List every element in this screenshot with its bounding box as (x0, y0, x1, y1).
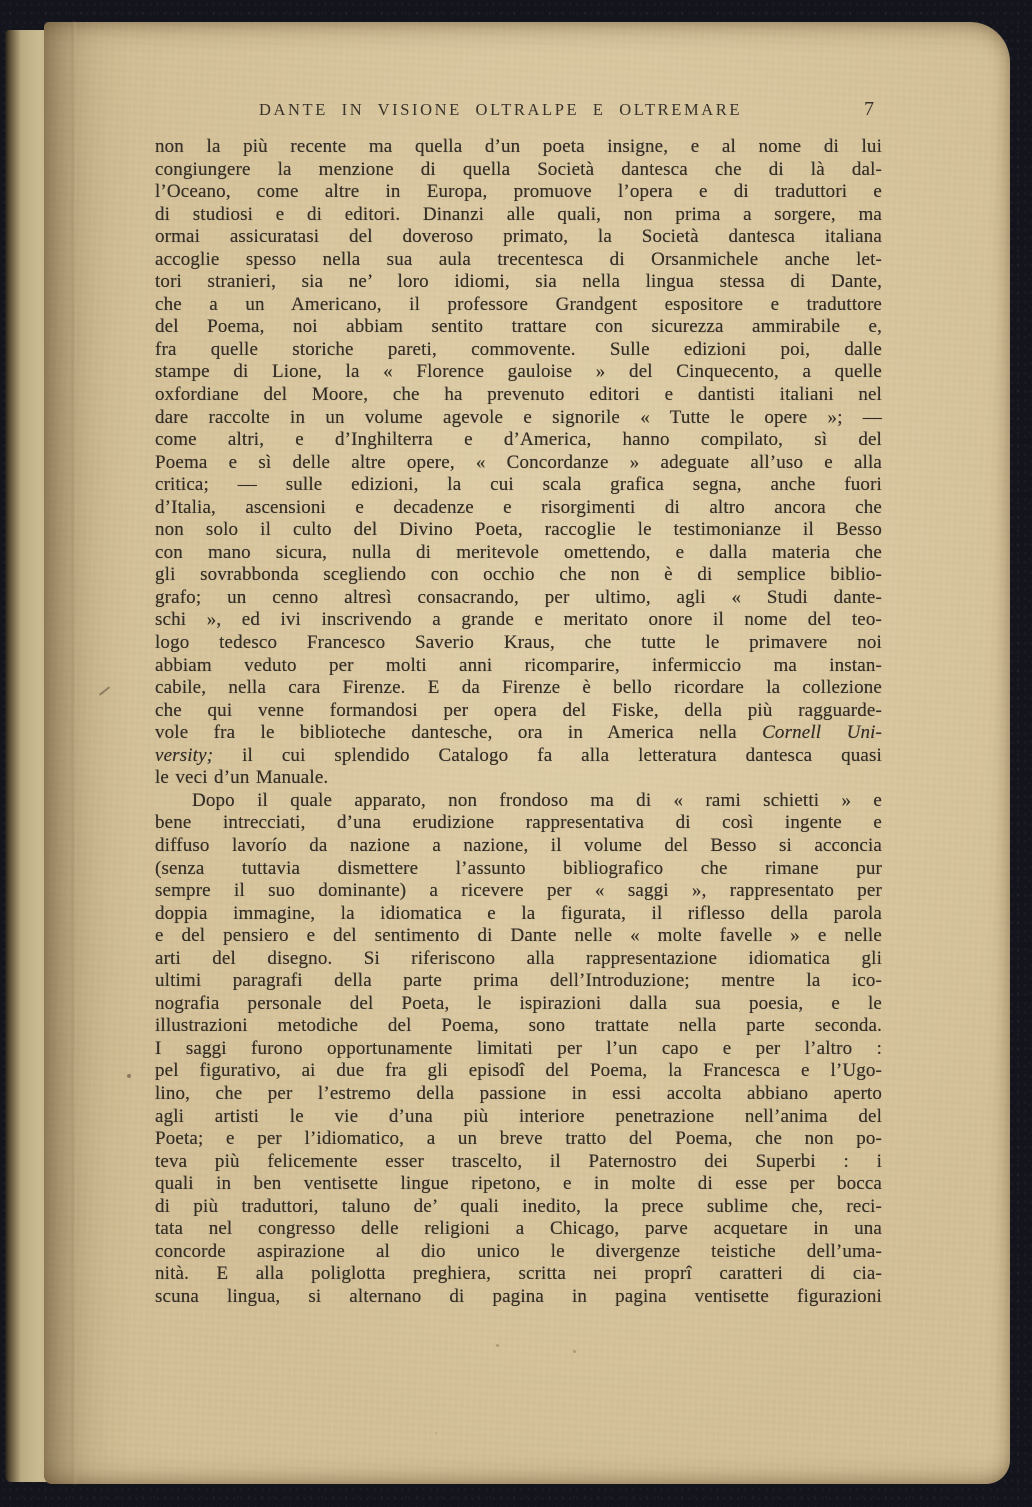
text-line: lino, che per l’estremo della passione i… (155, 1083, 882, 1106)
text-line: Poema e sì delle altre opere, « Concorda… (155, 452, 882, 475)
text-line: che qui venne formandosi per opera del F… (155, 700, 882, 723)
paper-fleck (435, 1432, 437, 1434)
text-line: le veci d’un Manuale. (155, 767, 882, 790)
text-line: di studiosi e di editori. Dinanzi alle q… (155, 204, 882, 227)
text-line: come altri, e d’Inghilterra e d’America,… (155, 429, 882, 452)
text-line: teva più felicemente esser trascelto, il… (155, 1151, 882, 1174)
text-line: oxfordiane del Moore, che ha prevenuto e… (155, 384, 882, 407)
gutter-crease (72, 22, 76, 1484)
text-line: concorde aspirazione al dio unico le div… (155, 1241, 882, 1264)
text-line: stampe di Lione, la « Florence gauloise … (155, 361, 882, 384)
text-line: di più traduttori, taluno de’ quali ined… (155, 1196, 882, 1219)
text-line: e del pensiero e del sentimento di Dante… (155, 925, 882, 948)
text-line: Dopo il quale apparato, non frondoso ma … (155, 790, 882, 813)
text-line: l’Oceano, come altre in Europa, promuove… (155, 181, 882, 204)
text-line: con mano sicura, nulla di meritevole ome… (155, 542, 882, 565)
text-line: nità. E alla poliglotta preghiera, scrit… (155, 1263, 882, 1286)
text-line: doppia immagine, la idiomatica e la figu… (155, 903, 882, 926)
text-line: vole fra le biblioteche dantesche, ora i… (155, 722, 882, 745)
text-line: versity; il cui splendido Catalogo fa al… (155, 745, 882, 768)
text-line: Poeta; e per l’idiomatico, a un breve tr… (155, 1128, 882, 1151)
scan-background: DANTE IN VISIONE OLTRALPE E OLTREMARE 7 … (0, 0, 1032, 1507)
text-line: che a un Americano, il professore Grandg… (155, 294, 882, 317)
text-line: schi », ed ivi inscrivendo a grande e me… (155, 609, 882, 632)
text-line: dare raccolte in un volume agevole e sig… (155, 407, 882, 430)
text-line: agli artisti le vie d’una più interiore … (155, 1106, 882, 1129)
text-line: quali in ben ventisette lingue ripetono,… (155, 1173, 882, 1196)
text-line: accoglie spesso nella sua aula trecentes… (155, 249, 882, 272)
text-line: bene intrecciati, d’una erudizione rappr… (155, 812, 882, 835)
text-line: congiungere la menzione di quella Societ… (155, 159, 882, 182)
text-line: gli sovrabbonda scegliendo con occhio ch… (155, 564, 882, 587)
text-line: critica; — sulle edizioni, la cui scala … (155, 474, 882, 497)
text-line: non solo il culto del Divino Poeta, racc… (155, 519, 882, 542)
text-line: tori stranieri, sia ne’ loro idiomi, sia… (155, 271, 882, 294)
page-number: 7 (864, 98, 874, 121)
text-line: diffuso lavorío da nazione a nazione, il… (155, 835, 882, 858)
text-line: I saggi furono opportunamente limitati p… (155, 1038, 882, 1061)
text-line: d’Italia, ascensioni e decadenze e risor… (155, 497, 882, 520)
running-header: DANTE IN VISIONE OLTRALPE E OLTREMARE 7 (155, 100, 882, 126)
text-line: arti del disegno. Si riferiscono alla ra… (155, 948, 882, 971)
text-line: fra quelle storiche pareti, commovente. … (155, 339, 882, 362)
text-line: tata nel congresso delle religioni a Chi… (155, 1218, 882, 1241)
text-line: nografia personale del Poeta, le ispiraz… (155, 993, 882, 1016)
text-line: non la più recente ma quella d’un poeta … (155, 136, 882, 159)
text-line: abbiam veduto per molti anni ricomparire… (155, 655, 882, 678)
text-line: sempre il suo dominante) a ricevere per … (155, 880, 882, 903)
text-line: cabile, nella cara Firenze. E da Firenze… (155, 677, 882, 700)
running-header-title: DANTE IN VISIONE OLTRALPE E OLTREMARE (259, 100, 742, 120)
text-line: grafo; un cenno altresì consacrando, per… (155, 587, 882, 610)
text-line: ormai assicuratasi del doveroso primato,… (155, 226, 882, 249)
text-line: del Poema, noi abbiam sentito trattare c… (155, 316, 882, 339)
text-line: logo tedesco Francesco Saverio Kraus, ch… (155, 632, 882, 655)
margin-mark (127, 1074, 131, 1078)
paper-fleck (496, 1344, 499, 1347)
text-line: ultimi paragrafi della parte prima dell’… (155, 970, 882, 993)
paper-fleck (573, 1350, 576, 1353)
body-text: non la più recente ma quella d’un poeta … (155, 136, 882, 1308)
text-line: (senza tuttavia dismettere l’assunto bib… (155, 858, 882, 881)
text-line: scuna lingua, si alternano di pagina in … (155, 1286, 882, 1309)
text-line: pel figurativo, ai due fra gli episodî d… (155, 1060, 882, 1083)
text-line: illustrazioni metodiche del Poema, sono … (155, 1015, 882, 1038)
